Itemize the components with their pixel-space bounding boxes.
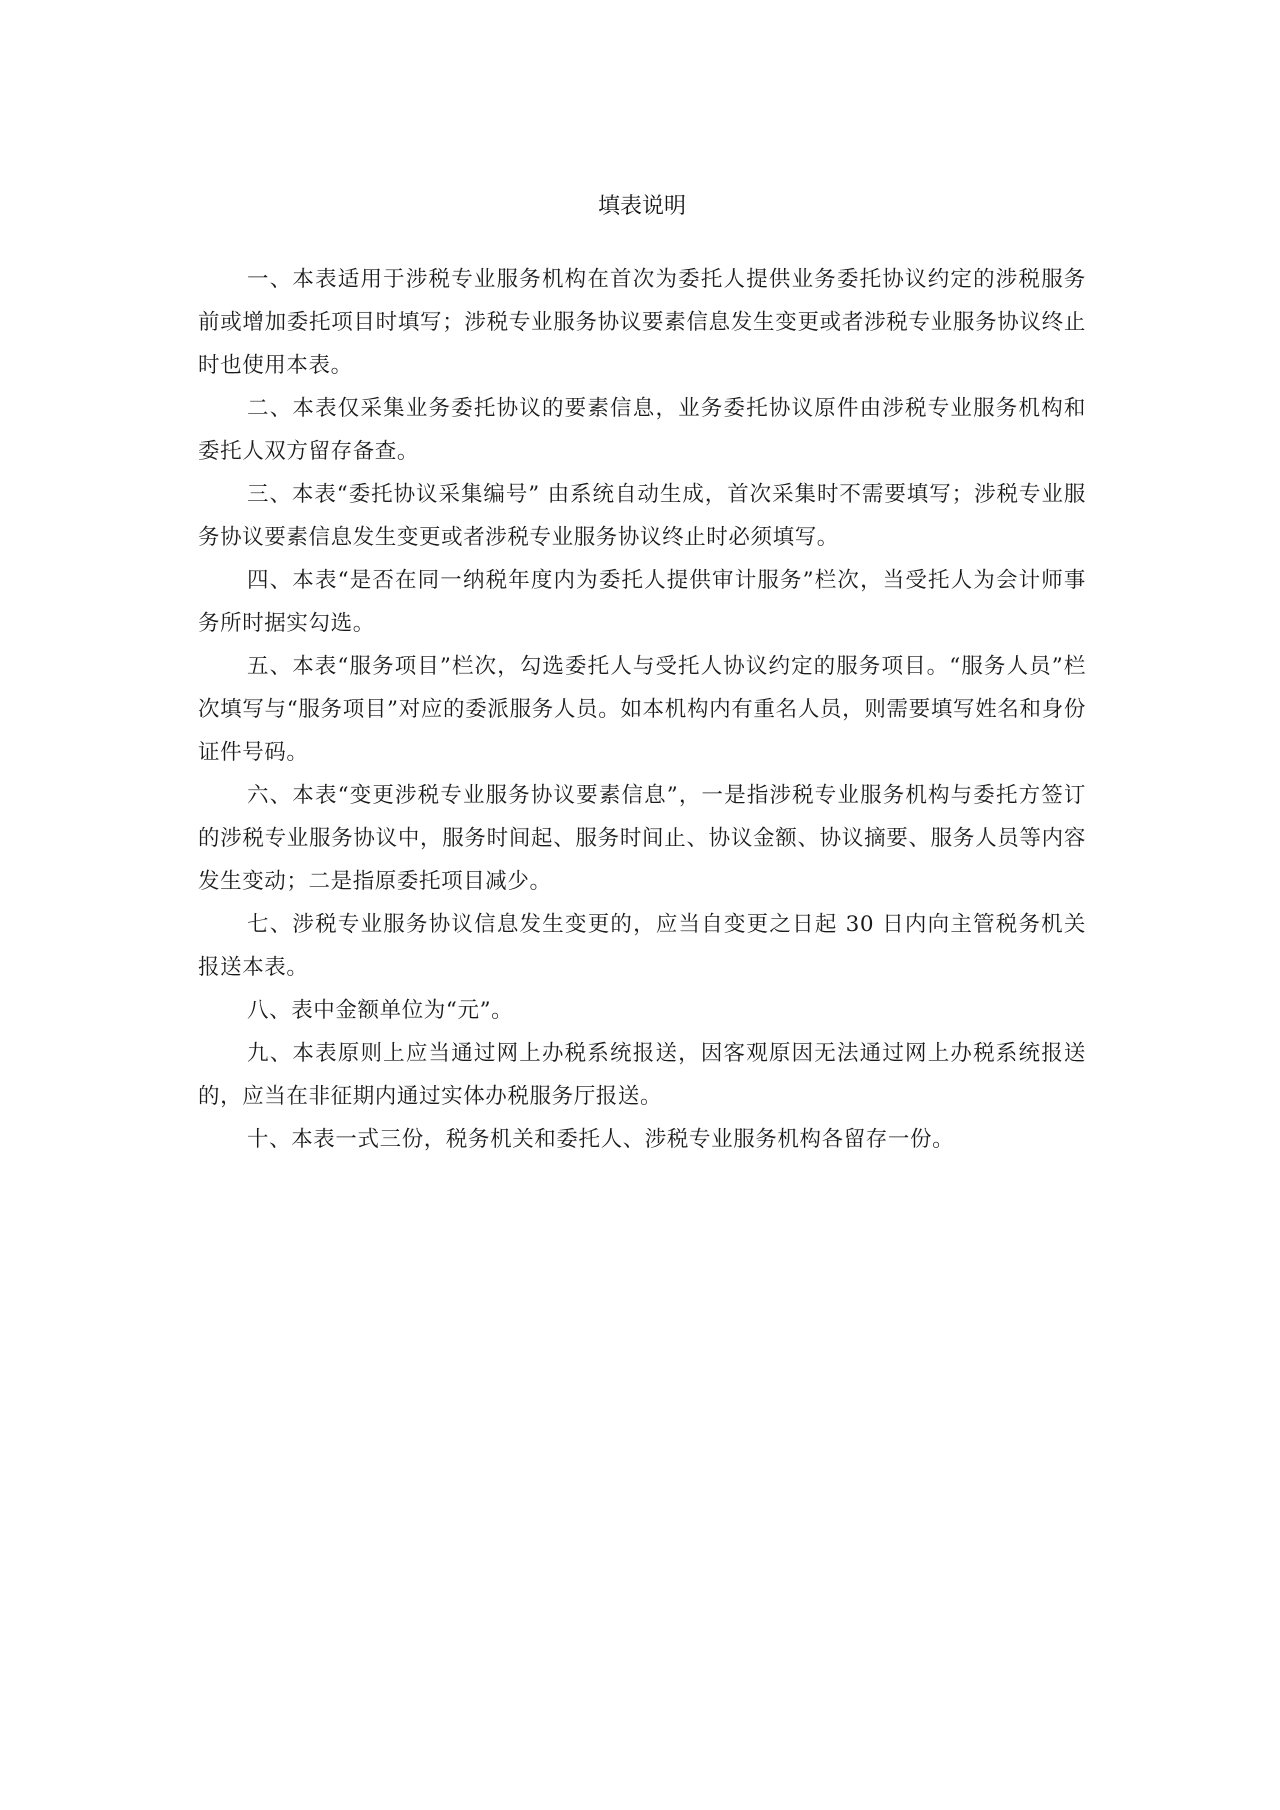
instruction-paragraph-9: 九、本表原则上应当通过网上办税系统报送，因客观原因无法通过网上办税系统报送的，应… [198, 1032, 1086, 1118]
instruction-paragraph-5: 五、本表“服务项目”栏次，勾选委托人与受托人协议约定的服务项目。“服务人员”栏次… [198, 645, 1086, 774]
instruction-paragraph-7: 七、涉税专业服务协议信息发生变更的，应当自变更之日起 30 日内向主管税务机关报… [198, 903, 1086, 989]
document-title: 填表说明 [198, 190, 1086, 224]
instruction-paragraph-10: 十、本表一式三份，税务机关和委托人、涉税专业服务机构各留存一份。 [198, 1118, 1086, 1161]
instruction-paragraph-4: 四、本表“是否在同一纳税年度内为委托人提供审计服务”栏次，当受托人为会计师事务所… [198, 559, 1086, 645]
instructions-body: 一、本表适用于涉税专业服务机构在首次为委托人提供业务委托协议约定的涉税服务前或增… [198, 258, 1086, 1161]
instruction-paragraph-6: 六、本表“变更涉税专业服务协议要素信息”，一是指涉税专业服务机构与委托方签订的涉… [198, 774, 1086, 903]
instruction-paragraph-8: 八、表中金额单位为“元”。 [198, 989, 1086, 1032]
instruction-paragraph-2: 二、本表仅采集业务委托协议的要素信息，业务委托协议原件由涉税专业服务机构和委托人… [198, 387, 1086, 473]
instruction-paragraph-3: 三、本表“委托协议采集编号” 由系统自动生成，首次采集时不需要填写；涉税专业服务… [198, 473, 1086, 559]
instruction-paragraph-1: 一、本表适用于涉税专业服务机构在首次为委托人提供业务委托协议约定的涉税服务前或增… [198, 258, 1086, 387]
